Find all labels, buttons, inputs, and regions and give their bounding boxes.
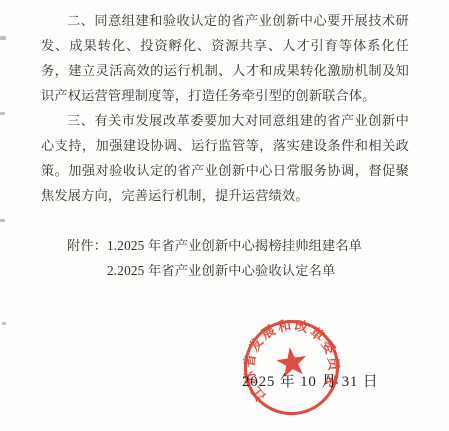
official-seal: 江苏省发展和改革委员会 — [236, 312, 348, 424]
attachment-row-1: 附件： 1.2025 年省产业创新中心揭榜挂帅组建名单 — [41, 233, 409, 258]
scan-artifact — [0, 36, 6, 40]
attachment-row-2: 2.2025 年省产业创新中心验收认定名单 — [107, 258, 409, 283]
paragraph-2: 二、同意组建和验收认定的省产业创新中心要开展技术研发、成果转化、投资孵化、资源共… — [41, 8, 409, 108]
document-page: 二、同意组建和验收认定的省产业创新中心要开展技术研发、成果转化、投资孵化、资源共… — [0, 0, 449, 431]
attachment-item-1: 1.2025 年省产业创新中心揭榜挂帅组建名单 — [107, 233, 362, 258]
seal-graphic: 江苏省发展和改革委员会 — [236, 312, 348, 424]
scan-artifact — [2, 322, 6, 325]
seal-star-icon — [275, 345, 309, 378]
scan-artifact — [0, 112, 5, 115]
scan-artifact — [0, 219, 5, 222]
attachments-block: 附件： 1.2025 年省产业创新中心揭榜挂帅组建名单 2.2025 年省产业创… — [41, 233, 409, 283]
document-body: 二、同意组建和验收认定的省产业创新中心要开展技术研发、成果转化、投资孵化、资源共… — [41, 8, 409, 283]
attachments-label: 附件： — [67, 233, 107, 258]
paragraph-3: 三、有关市发展改革委要加大对同意组建的省产业创新中心支持，加强建设协调、运行监管… — [41, 108, 409, 208]
attachment-item-2: 2.2025 年省产业创新中心验收认定名单 — [107, 263, 335, 278]
